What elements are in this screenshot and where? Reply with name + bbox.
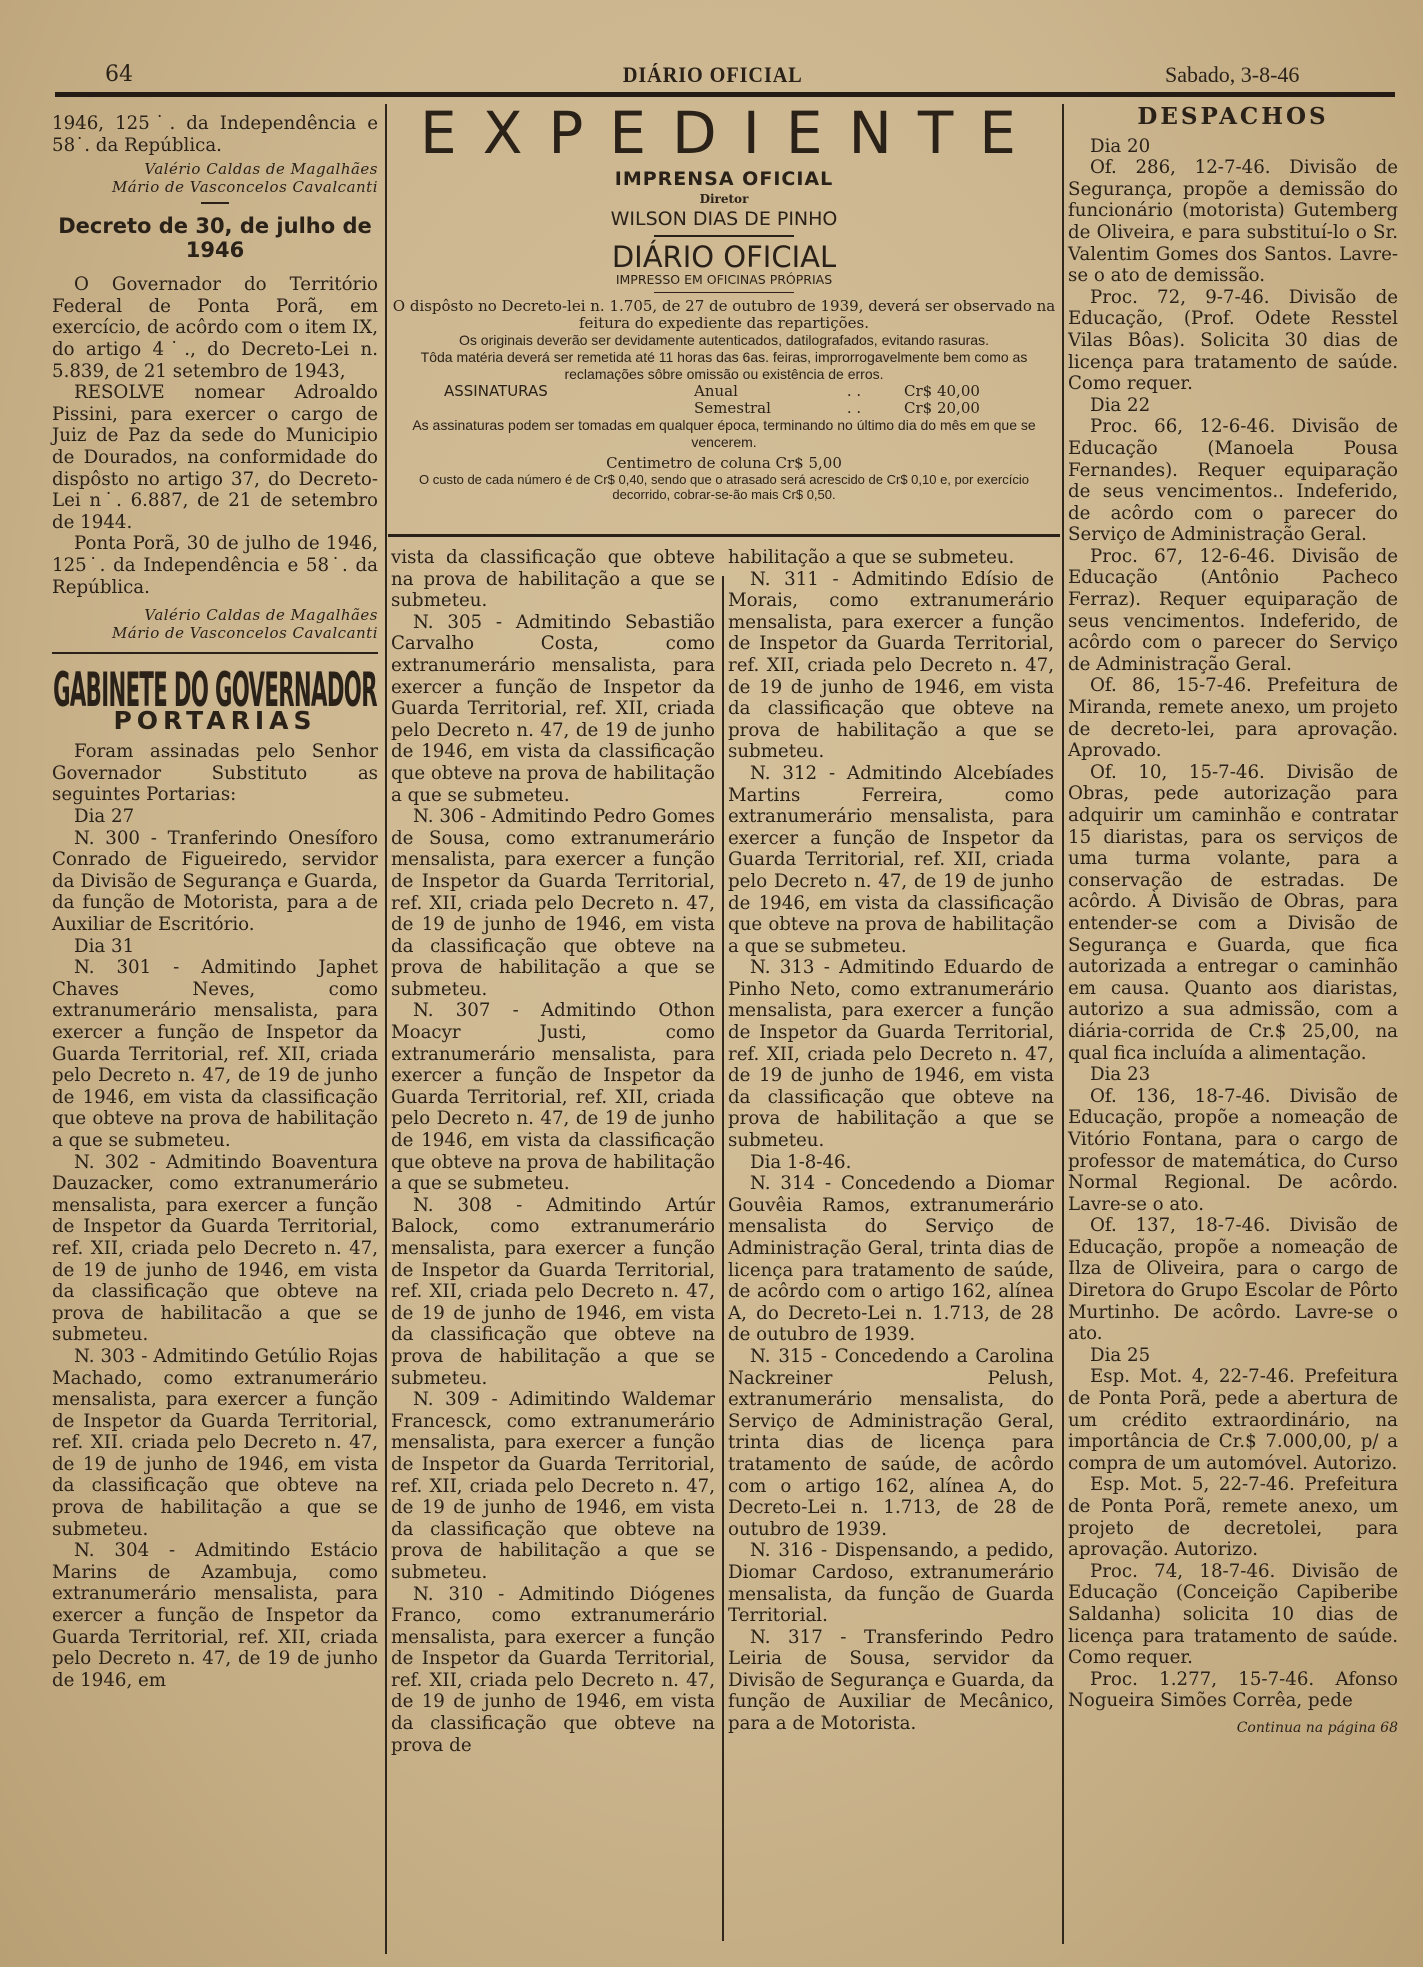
portaria-entry: N. 310 - Admitindo Diógenes Franco, como… (391, 1584, 715, 1757)
column-1: 1946, 125˙. da Independência e 58˙. da R… (52, 113, 378, 1691)
subscriptions-table: Anual . . Cr$ 40,00 Semestral . . Cr$ 20… (694, 383, 1056, 417)
previous-closing: 1946, 125˙. da Independência e 58˙. da R… (52, 113, 378, 156)
portaria-entry: N. 308 - Admitindo Artúr Balock, como ex… (391, 1195, 715, 1389)
expediente-title: EXPEDIENTE (406, 104, 1056, 162)
portaria-entry: N. 309 - Adimitindo Waldemar Francesck, … (391, 1389, 715, 1583)
masthead-title: DIÁRIO OFICIAL (623, 62, 803, 88)
expediente-box: EXPEDIENTE IMPRENSA OFICIAL Diretor WILS… (392, 104, 1056, 502)
paper-name: DIÁRIO OFICIAL (392, 242, 1056, 272)
portaria-entry: N. 304 - Admitindo Estácio Marins de Aza… (52, 1540, 378, 1691)
continuation-note: Continua na página 68 (1068, 1718, 1398, 1740)
day-label: Dia 27 (52, 806, 378, 828)
subscription-price: Cr$ 20,00 (904, 400, 980, 417)
day-label: Dia 1-8-46. (728, 1152, 1054, 1174)
portaria-entry: N. 312 - Admitindo Alcebíades Martins Fe… (728, 763, 1054, 957)
subscription-price: Cr$ 40,00 (904, 383, 980, 400)
despacho-entry: Proc. 1.277, 15-7-46. Afonso Nogueira Si… (1068, 1669, 1398, 1712)
divider (654, 292, 794, 294)
decreto-paragraph: Ponta Porã, 30 de julho de 1946, 125˙. d… (52, 533, 378, 598)
page-number: 64 (105, 62, 133, 87)
despacho-entry: Proc. 74, 18-7-46. Divisão de Educação (… (1068, 1561, 1398, 1669)
portarias-intro: Foram assinadas pelo Senhor Governador S… (52, 741, 378, 806)
decreto-paragraph: RESOLVE nomear Adroaldo Pissini, para ex… (52, 382, 378, 533)
subscription-period: Anual (694, 383, 804, 400)
portaria-entry: N. 306 - Admitindo Pedro Gomes de Sousa,… (391, 806, 715, 1000)
signature: Mário de Vasconcelos Cavalcanti (52, 178, 378, 196)
portaria-entry: N. 311 - Admitindo Edísio de Morais, com… (728, 569, 1054, 763)
despacho-entry: Of. 10, 15-7-46. Divisão de Obras, pede … (1068, 762, 1398, 1064)
decreto-signatures: Valério Caldas de Magalhães Mário de Vas… (52, 606, 378, 642)
decreto-heading: Decreto de 30, de julho de 1946 (52, 214, 378, 262)
portaria-entry: N. 314 - Concedendo a Diomar Gouvêia Ram… (728, 1173, 1054, 1346)
leader-dots: . . (804, 383, 904, 400)
despachos-title: DESPACHOS (1068, 106, 1398, 128)
column-divider (722, 576, 724, 1941)
day-label: Dia 20 (1068, 136, 1398, 158)
column-3: habilitação a que se submeteu. N. 311 - … (728, 547, 1054, 1735)
portaria-continuation: vista da classificação que obteve na pro… (391, 547, 715, 612)
printed-in: IMPRESSO EM OFICINAS PRÓPRIAS (392, 272, 1056, 287)
section-title: GABINETE DO GOVERNADOR (40, 677, 391, 704)
column-divider (1062, 104, 1064, 1944)
portaria-entry: N. 300 - Tranferindo Onesíforo Conrado d… (52, 828, 378, 936)
notice-subscriptions: As assinaturas podem ser tomadas em qual… (392, 417, 1056, 451)
signature: Valério Caldas de Magalhães (52, 160, 378, 178)
despacho-entry: Of. 286, 12-7-46. Divisão de Segurança, … (1068, 157, 1398, 287)
portaria-entry: N. 305 - Admitindo Sebastião Carvalho Co… (391, 612, 715, 806)
portaria-entry: N. 316 - Dispensando, a pedido, Diomar C… (728, 1540, 1054, 1626)
notice-originals: Os originais deverão ser devidamente aut… (392, 332, 1056, 349)
decreto-paragraph: O Governador do Território Federal de Po… (52, 274, 378, 382)
expediente-bottom-rule (388, 534, 1060, 537)
signature: Valério Caldas de Magalhães (52, 606, 378, 624)
portaria-entry: N. 315 - Concedendo a Carolina Nackreine… (728, 1346, 1054, 1540)
day-label: Dia 25 (1068, 1345, 1398, 1367)
portaria-continuation: habilitação a que se submeteu. (728, 547, 1054, 569)
previous-signatures: Valério Caldas de Magalhães Mário de Vas… (52, 160, 378, 196)
publisher: IMPRENSA OFICIAL (392, 168, 1056, 190)
director-name: WILSON DIAS DE PINHO (392, 208, 1056, 230)
despachos-column: DESPACHOS Dia 20 Of. 286, 12-7-46. Divis… (1068, 104, 1398, 1740)
despacho-entry: Of. 137, 18-7-46. Divisão de Educação, p… (1068, 1215, 1398, 1345)
subscriptions: ASSINATURAS Anual . . Cr$ 40,00 Semestra… (392, 383, 1056, 417)
divider (654, 235, 794, 237)
portaria-entry: N. 307 - Admitindo Othon Moacyr Justi, c… (391, 1000, 715, 1194)
column-divider (385, 104, 387, 1954)
portaria-entry: N. 313 - Admitindo Eduardo de Pinho Neto… (728, 957, 1054, 1151)
despacho-entry: Of. 86, 15-7-46. Prefeitura de Miranda, … (1068, 675, 1398, 761)
issue-date: Sabado, 3-8-46 (1165, 62, 1299, 88)
signature: Mário de Vasconcelos Cavalcanti (52, 624, 378, 642)
leader-dots: . . (804, 400, 904, 417)
notice-deadline: Tôda matéria deverá ser remetida até 11 … (392, 349, 1056, 383)
subscriptions-label: ASSINATURAS (392, 383, 694, 417)
subscription-period: Semestral (694, 400, 804, 417)
subscription-row: Anual . . Cr$ 40,00 (694, 383, 1056, 400)
portaria-entry: N. 303 - Admitindo Getúlio Rojas Machado… (52, 1346, 378, 1540)
portaria-entry: N. 302 - Admitindo Boaventura Dauzacker,… (52, 1152, 378, 1346)
header-rule (55, 92, 1395, 97)
despacho-entry: Proc. 67, 12-6-46. Divisão de Educação (… (1068, 546, 1398, 676)
notice-issue-cost: O custo de cada número é de Cr$ 0,40, se… (392, 472, 1056, 502)
newspaper-page: 64 DIÁRIO OFICIAL Sabado, 3-8-46 1946, 1… (0, 0, 1423, 1967)
day-label: Dia 31 (52, 936, 378, 958)
column-2: vista da classificação que obteve na pro… (391, 547, 715, 1756)
subscription-row: Semestral . . Cr$ 20,00 (694, 400, 1056, 417)
day-label: Dia 22 (1068, 395, 1398, 417)
director-label: Diretor (392, 192, 1056, 206)
portaria-entry: N. 301 - Admitindo Japhet Chaves Neves, … (52, 957, 378, 1151)
separator-dash (201, 202, 229, 204)
day-label: Dia 23 (1068, 1064, 1398, 1086)
section-rule (52, 652, 378, 654)
despacho-entry: Esp. Mot. 5, 22-7-46. Prefeitura de Pont… (1068, 1474, 1398, 1560)
despacho-entry: Proc. 66, 12-6-46. Divisão de Educação (… (1068, 416, 1398, 546)
portaria-entry: N. 317 - Transferindo Pedro Leiria de So… (728, 1627, 1054, 1735)
column-cm-price: Centimetro de coluna Cr$ 5,00 (392, 454, 1056, 472)
notice-decree: O dispôsto no Decreto-lei n. 1.705, de 2… (392, 298, 1056, 332)
despacho-entry: Of. 136, 18-7-46. Divisão de Educação, p… (1068, 1086, 1398, 1216)
despacho-entry: Proc. 72, 9-7-46. Divisão de Educação, (… (1068, 287, 1398, 395)
despacho-entry: Esp. Mot. 4, 22-7-46. Prefeitura de Pont… (1068, 1366, 1398, 1474)
